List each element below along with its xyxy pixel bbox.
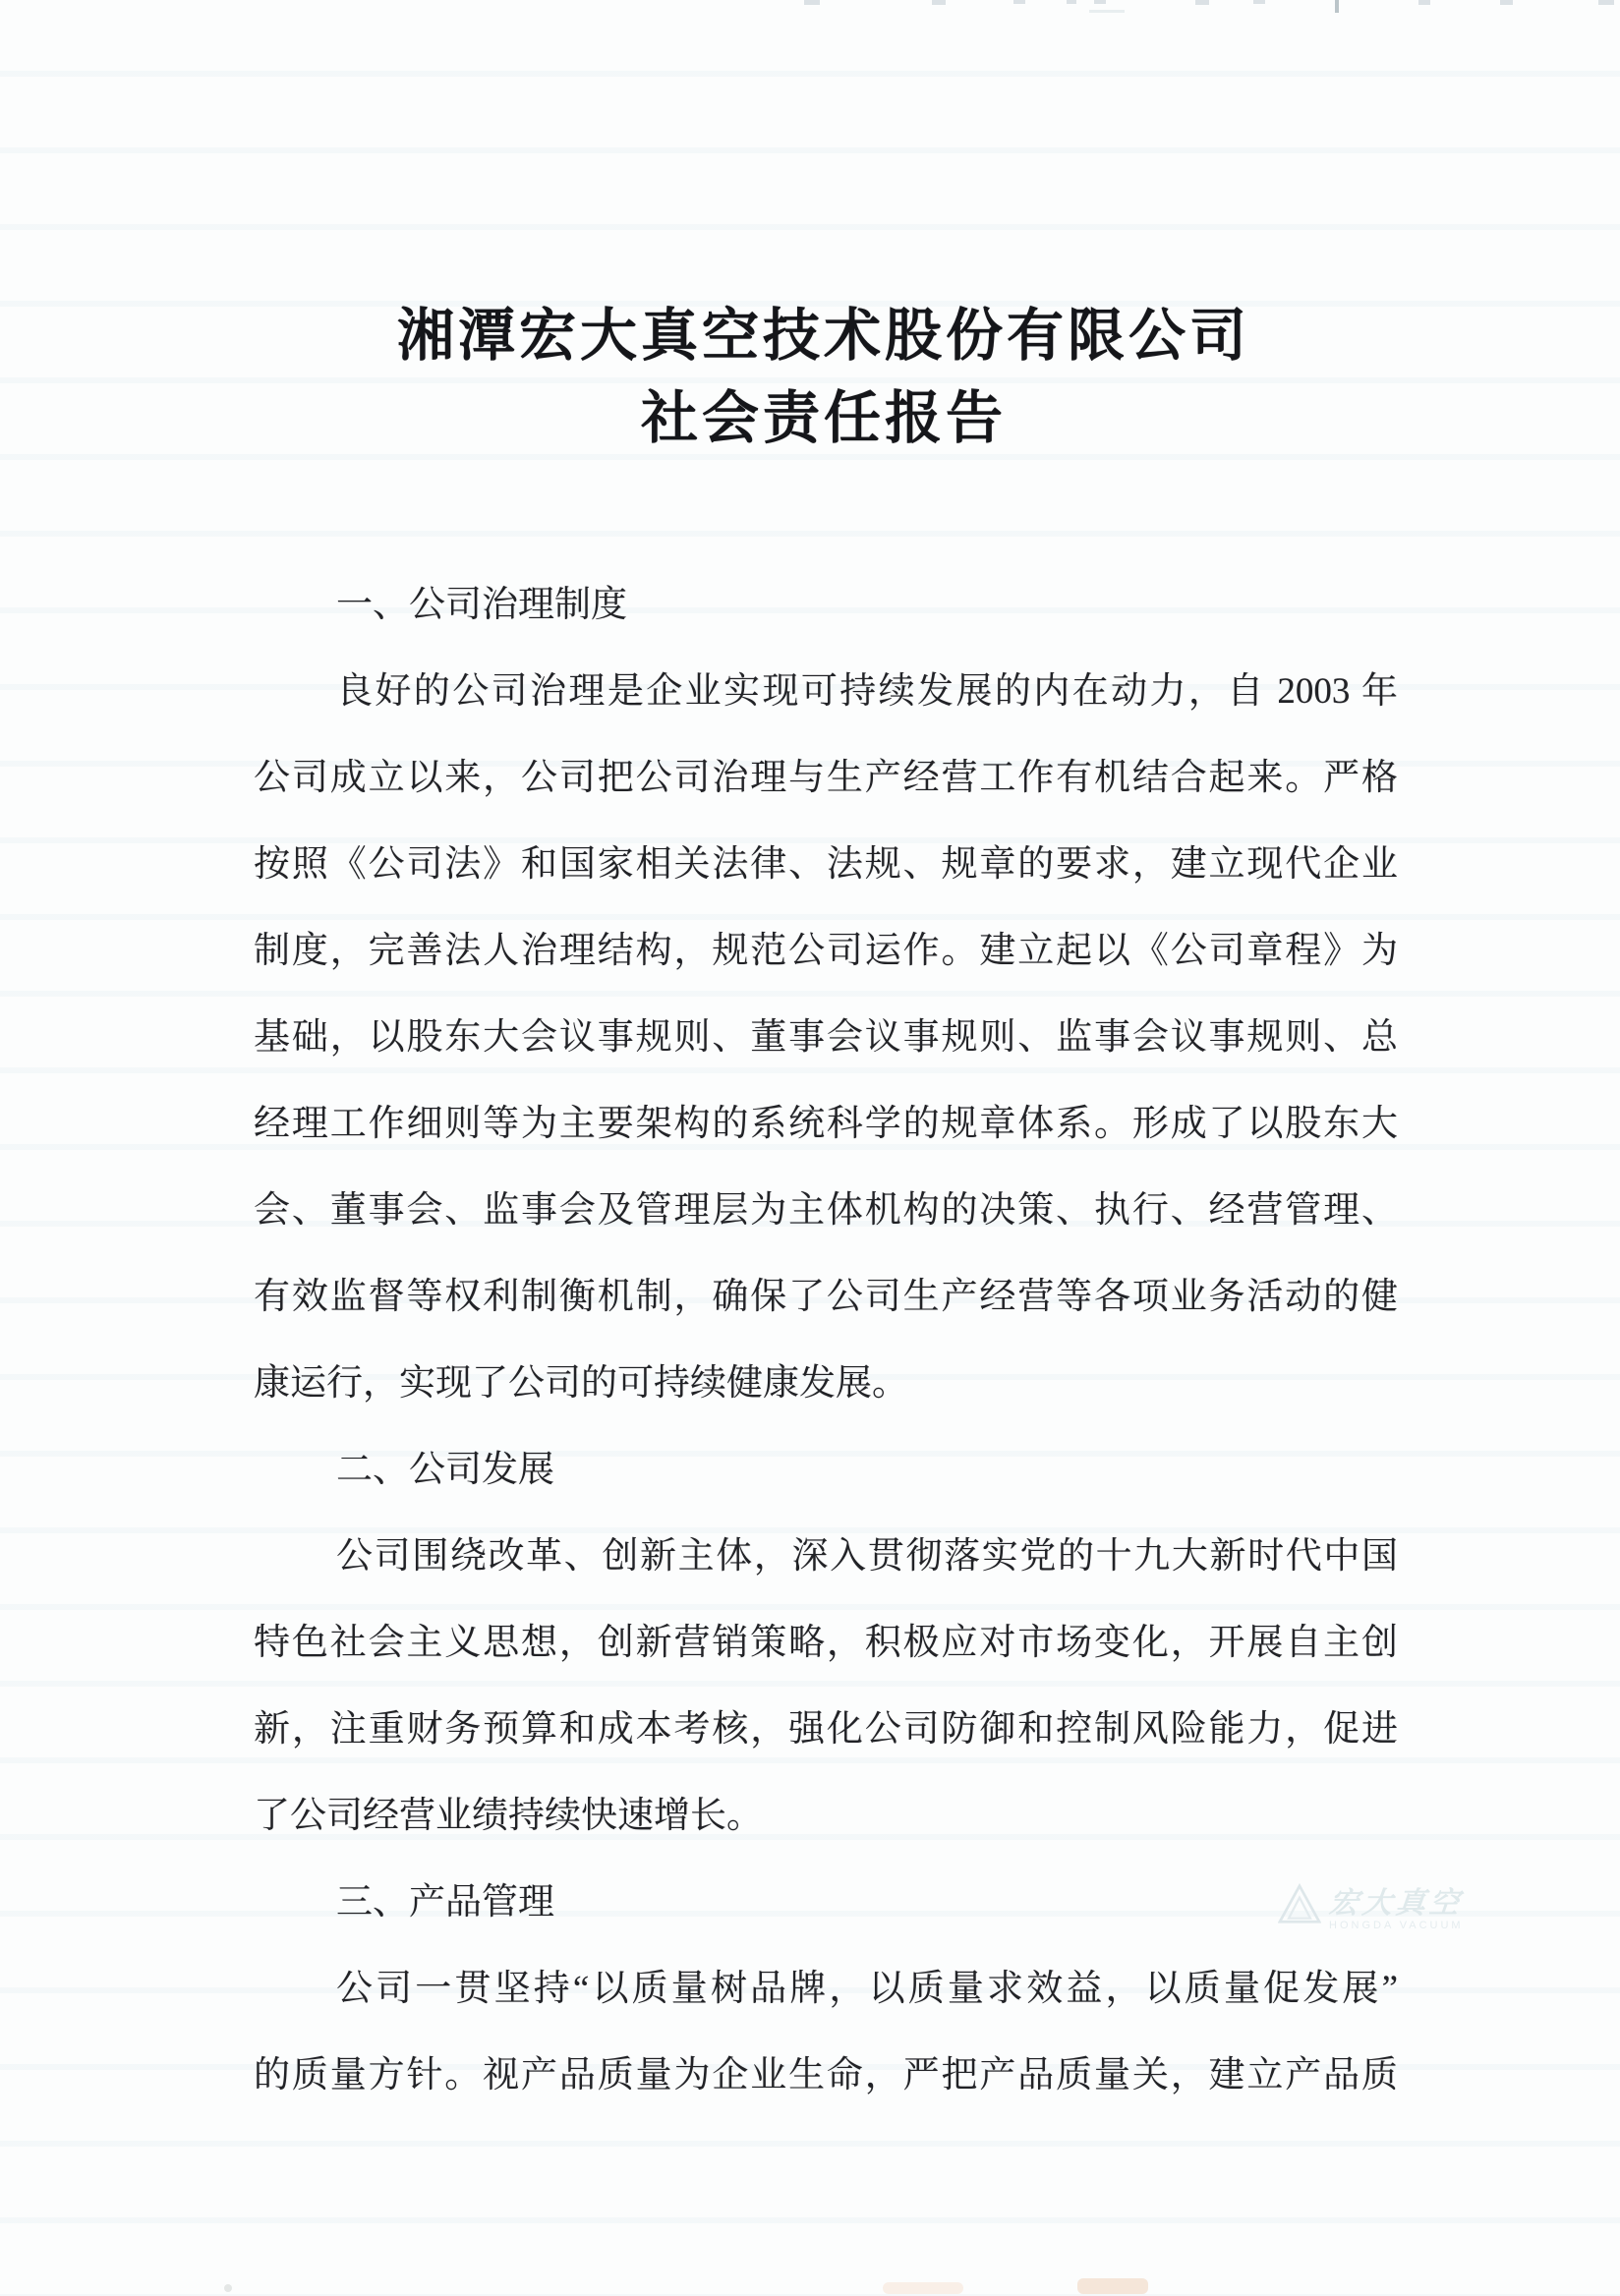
scan-artifact-mark: [804, 0, 820, 5]
text-line: 新，注重财务预算和成本考核，强化公司防御和控制风险能力，促进: [254, 1687, 1398, 1773]
text-line: 了公司经营业绩持续快速增长。: [254, 1773, 1398, 1860]
text-line: 良好的公司治理是企业实现可持续发展的内在动力，自 2003 年: [254, 649, 1398, 735]
document-body: 一、公司治理制度良好的公司治理是企业实现可持续发展的内在动力，自 2003 年公…: [254, 562, 1398, 2119]
text-line: 基础，以股东大会议事规则、董事会议事规则、监事会议事规则、总: [254, 995, 1398, 1081]
scan-dot: [224, 2284, 232, 2292]
scan-artifact-mark: [1067, 0, 1076, 4]
scan-artifact-dash: [1089, 10, 1125, 13]
section-heading: 二、公司发展: [254, 1427, 1398, 1514]
scan-artifact-mark: [1195, 0, 1209, 5]
scan-smudge: [1077, 2278, 1148, 2294]
scan-artifact-mark: [1598, 0, 1614, 5]
text-line: 按照《公司法》和国家相关法律、法规、规章的要求，建立现代企业: [254, 822, 1398, 908]
scan-artifact-tick: [1335, 0, 1339, 13]
scan-artifact-mark: [1418, 0, 1430, 5]
report-title: 社会责任报告: [14, 377, 1620, 460]
text-line: 特色社会主义思想，创新营销策略，积极应对市场变化，开展自主创: [254, 1600, 1398, 1687]
section-heading: 一、公司治理制度: [254, 562, 1398, 649]
text-line: 康运行，实现了公司的可持续健康发展。: [254, 1341, 1398, 1427]
scan-smudge: [883, 2282, 963, 2294]
scan-artifact-mark: [1013, 0, 1025, 4]
scan-artifact-mark: [932, 0, 946, 5]
text-line: 公司一贯坚持“以质量树品牌，以质量求效益，以质量促发展”: [254, 1946, 1398, 2033]
scan-artifact-mark: [1094, 0, 1106, 4]
text-line: 经理工作细则等为主要架构的系统科学的规章体系。形成了以股东大: [254, 1081, 1398, 1168]
company-name-title: 湘潭宏大真空技术股份有限公司: [14, 295, 1620, 377]
text-line: 制度，完善法人治理结构，规范公司运作。建立起以《公司章程》为: [254, 908, 1398, 995]
scanned-document-page: 湘潭宏大真空技术股份有限公司 社会责任报告 一、公司治理制度良好的公司治理是企业…: [0, 0, 1620, 2296]
scan-artifact-mark: [1253, 0, 1265, 4]
document-title: 湘潭宏大真空技术股份有限公司 社会责任报告: [14, 295, 1620, 460]
text-line: 公司围绕改革、创新主体，深入贯彻落实党的十九大新时代中国: [254, 1514, 1398, 1600]
text-line: 有效监督等权利制衡机制，确保了公司生产经营等各项业务活动的健: [254, 1254, 1398, 1341]
section-heading: 三、产品管理: [254, 1860, 1398, 1946]
scan-artifact-mark: [1500, 0, 1513, 5]
text-line: 的质量方针。视产品质量为企业生命，严把产品质量关，建立产品质: [254, 2033, 1398, 2119]
text-line: 公司成立以来，公司把公司治理与生产经营工作有机结合起来。严格: [254, 735, 1398, 822]
text-line: 会、董事会、监事会及管理层为主体机构的决策、执行、经营管理、: [254, 1168, 1398, 1254]
